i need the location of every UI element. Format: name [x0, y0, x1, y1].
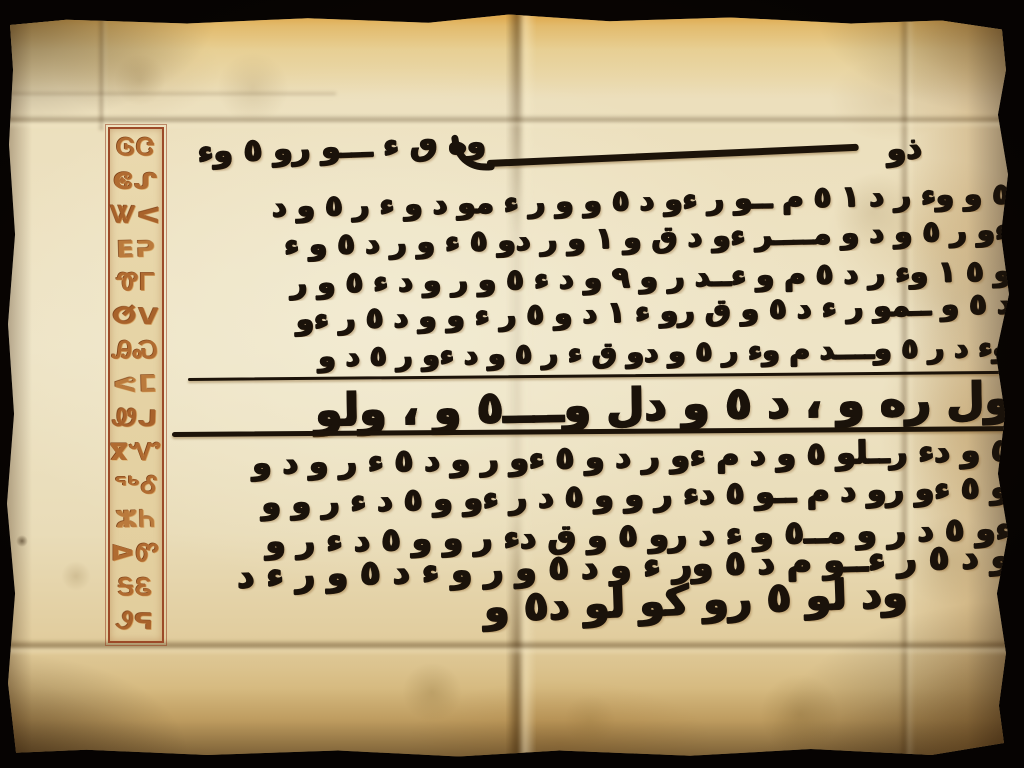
seal-glyph-row: ⵞᔑ: [113, 166, 159, 198]
ink-stain: [833, 172, 913, 252]
divider-rule: [172, 426, 1014, 437]
ink-stain: [114, 54, 166, 106]
seal-glyph-row: ᖅᎴ: [114, 470, 159, 502]
script-line: ءو ر ٥ و د و مــــر ءو د ق و ١ و ر دو ٥ …: [174, 211, 1011, 265]
ink-stain: [564, 694, 616, 746]
seal-glyph-row: ᕙⵎ: [113, 368, 159, 401]
flourish-bar: [487, 144, 859, 167]
seal-glyph-row: ⴹᕈ: [116, 233, 157, 266]
seal-glyph-row: Ꮺᒍ: [113, 402, 160, 435]
seal-glyph-row: ᏡᎱ: [116, 267, 156, 299]
ink-stain: [217, 52, 289, 124]
script-line: وه ٯ ء ـــو رو ٥ وء: [175, 123, 486, 173]
seal-glyph-row: ᐅᏛ: [111, 538, 161, 570]
script-line: و ٥ ءو رو د م ــو ٥ دء ر و و ٥ د ر ءو و …: [176, 469, 1011, 525]
parchment-sheet: ᎶᏣⵞᔑᏔᐸⴹᕈᏡᎱⵚᐯᎯᏍᕙⵎᏪᒍⴳᏉᖅᎴⵣᏂᐅᏛᎦᏋᏭᕋ وه ٯ ء ــ…: [6, 10, 1012, 758]
seal-script-column: ᎶᏣⵞᔑᏔᐸⴹᕈᏡᎱⵚᐯᎯᏍᕙⵎᏪᒍⴳᏉᖅᎴⵣᏂᐅᏛᎦᏋᏭᕋ: [108, 127, 164, 643]
script-line: ود لو ٥ رو كو لو د٥ و: [179, 568, 908, 645]
fold-crease: [6, 115, 1012, 128]
seal-glyph-row: ᎯᏍ: [113, 335, 159, 367]
fold-crease: [899, 10, 915, 758]
seal-glyph-row: ᎦᏋ: [118, 572, 154, 604]
ink-stain: [902, 514, 994, 606]
ink-stain: [61, 561, 91, 591]
script-line: ٥ و دء رــلو ٥ و د م ءو ر د و ٥ ءو ر و د…: [176, 431, 1011, 484]
script-line: و د ٥ ر ءــو م د ٥ ور ء و د ٥ و ر و ء د …: [177, 535, 1012, 599]
script-line: و ٥ ١ وء ر د ٥ م و ءــد ر و ٩ و د ء ٥ و …: [174, 252, 1013, 303]
script-line: ءو ٥ د ر و مــ٥ و ء د رو ٥ و ق دء ر و و …: [176, 508, 1013, 563]
divider-rule: [188, 371, 1008, 381]
ink-stain: [16, 535, 28, 547]
heading-line: ول ره و ، د ٥ و دل وــــ٥ و ، ولو: [172, 371, 1013, 441]
ink-stain: [760, 674, 840, 754]
flourish-curl-icon: [448, 134, 494, 176]
manuscript-photo: ᎶᏣⵞᔑᏔᐸⴹᕈᏡᎱⵚᐯᎯᏍᕙⵎᏪᒍⴳᏉᖅᎴⵣᏂᐅᏛᎦᏋᏭᕋ وه ٯ ء ــ…: [0, 0, 1024, 768]
fold-crease: [506, 10, 536, 758]
ink-stain: [402, 662, 462, 722]
script-line: ٥ و وء ر د ١ ٥ م ــو ر ءو د ٥ و و ر ء مو…: [174, 175, 1011, 226]
seal-glyph-row: ᎶᏣ: [116, 132, 155, 164]
seal-glyph-row: Ꮤᐸ: [110, 199, 162, 232]
seal-glyph-row: ⴳᏉ: [109, 437, 162, 469]
seal-glyph-row: ⵣᏂ: [115, 504, 157, 537]
script-line: وء د ر ٥ وــــد م وء ر ٥ و دو ق ء ر ٥ و …: [178, 329, 1010, 376]
fold-crease: [6, 91, 336, 99]
seal-glyph-row: Ꮽᕋ: [116, 605, 155, 638]
ink-stain: [886, 230, 1024, 370]
fold-crease: [98, 10, 108, 130]
script-line: ذو: [857, 129, 924, 172]
seal-glyph-row: ⵚᐯ: [112, 301, 161, 334]
script-line: د ٥ و ــمو ر ء د ٥ و ق رو ء ١ د و ٥ ر ء …: [174, 285, 1013, 340]
